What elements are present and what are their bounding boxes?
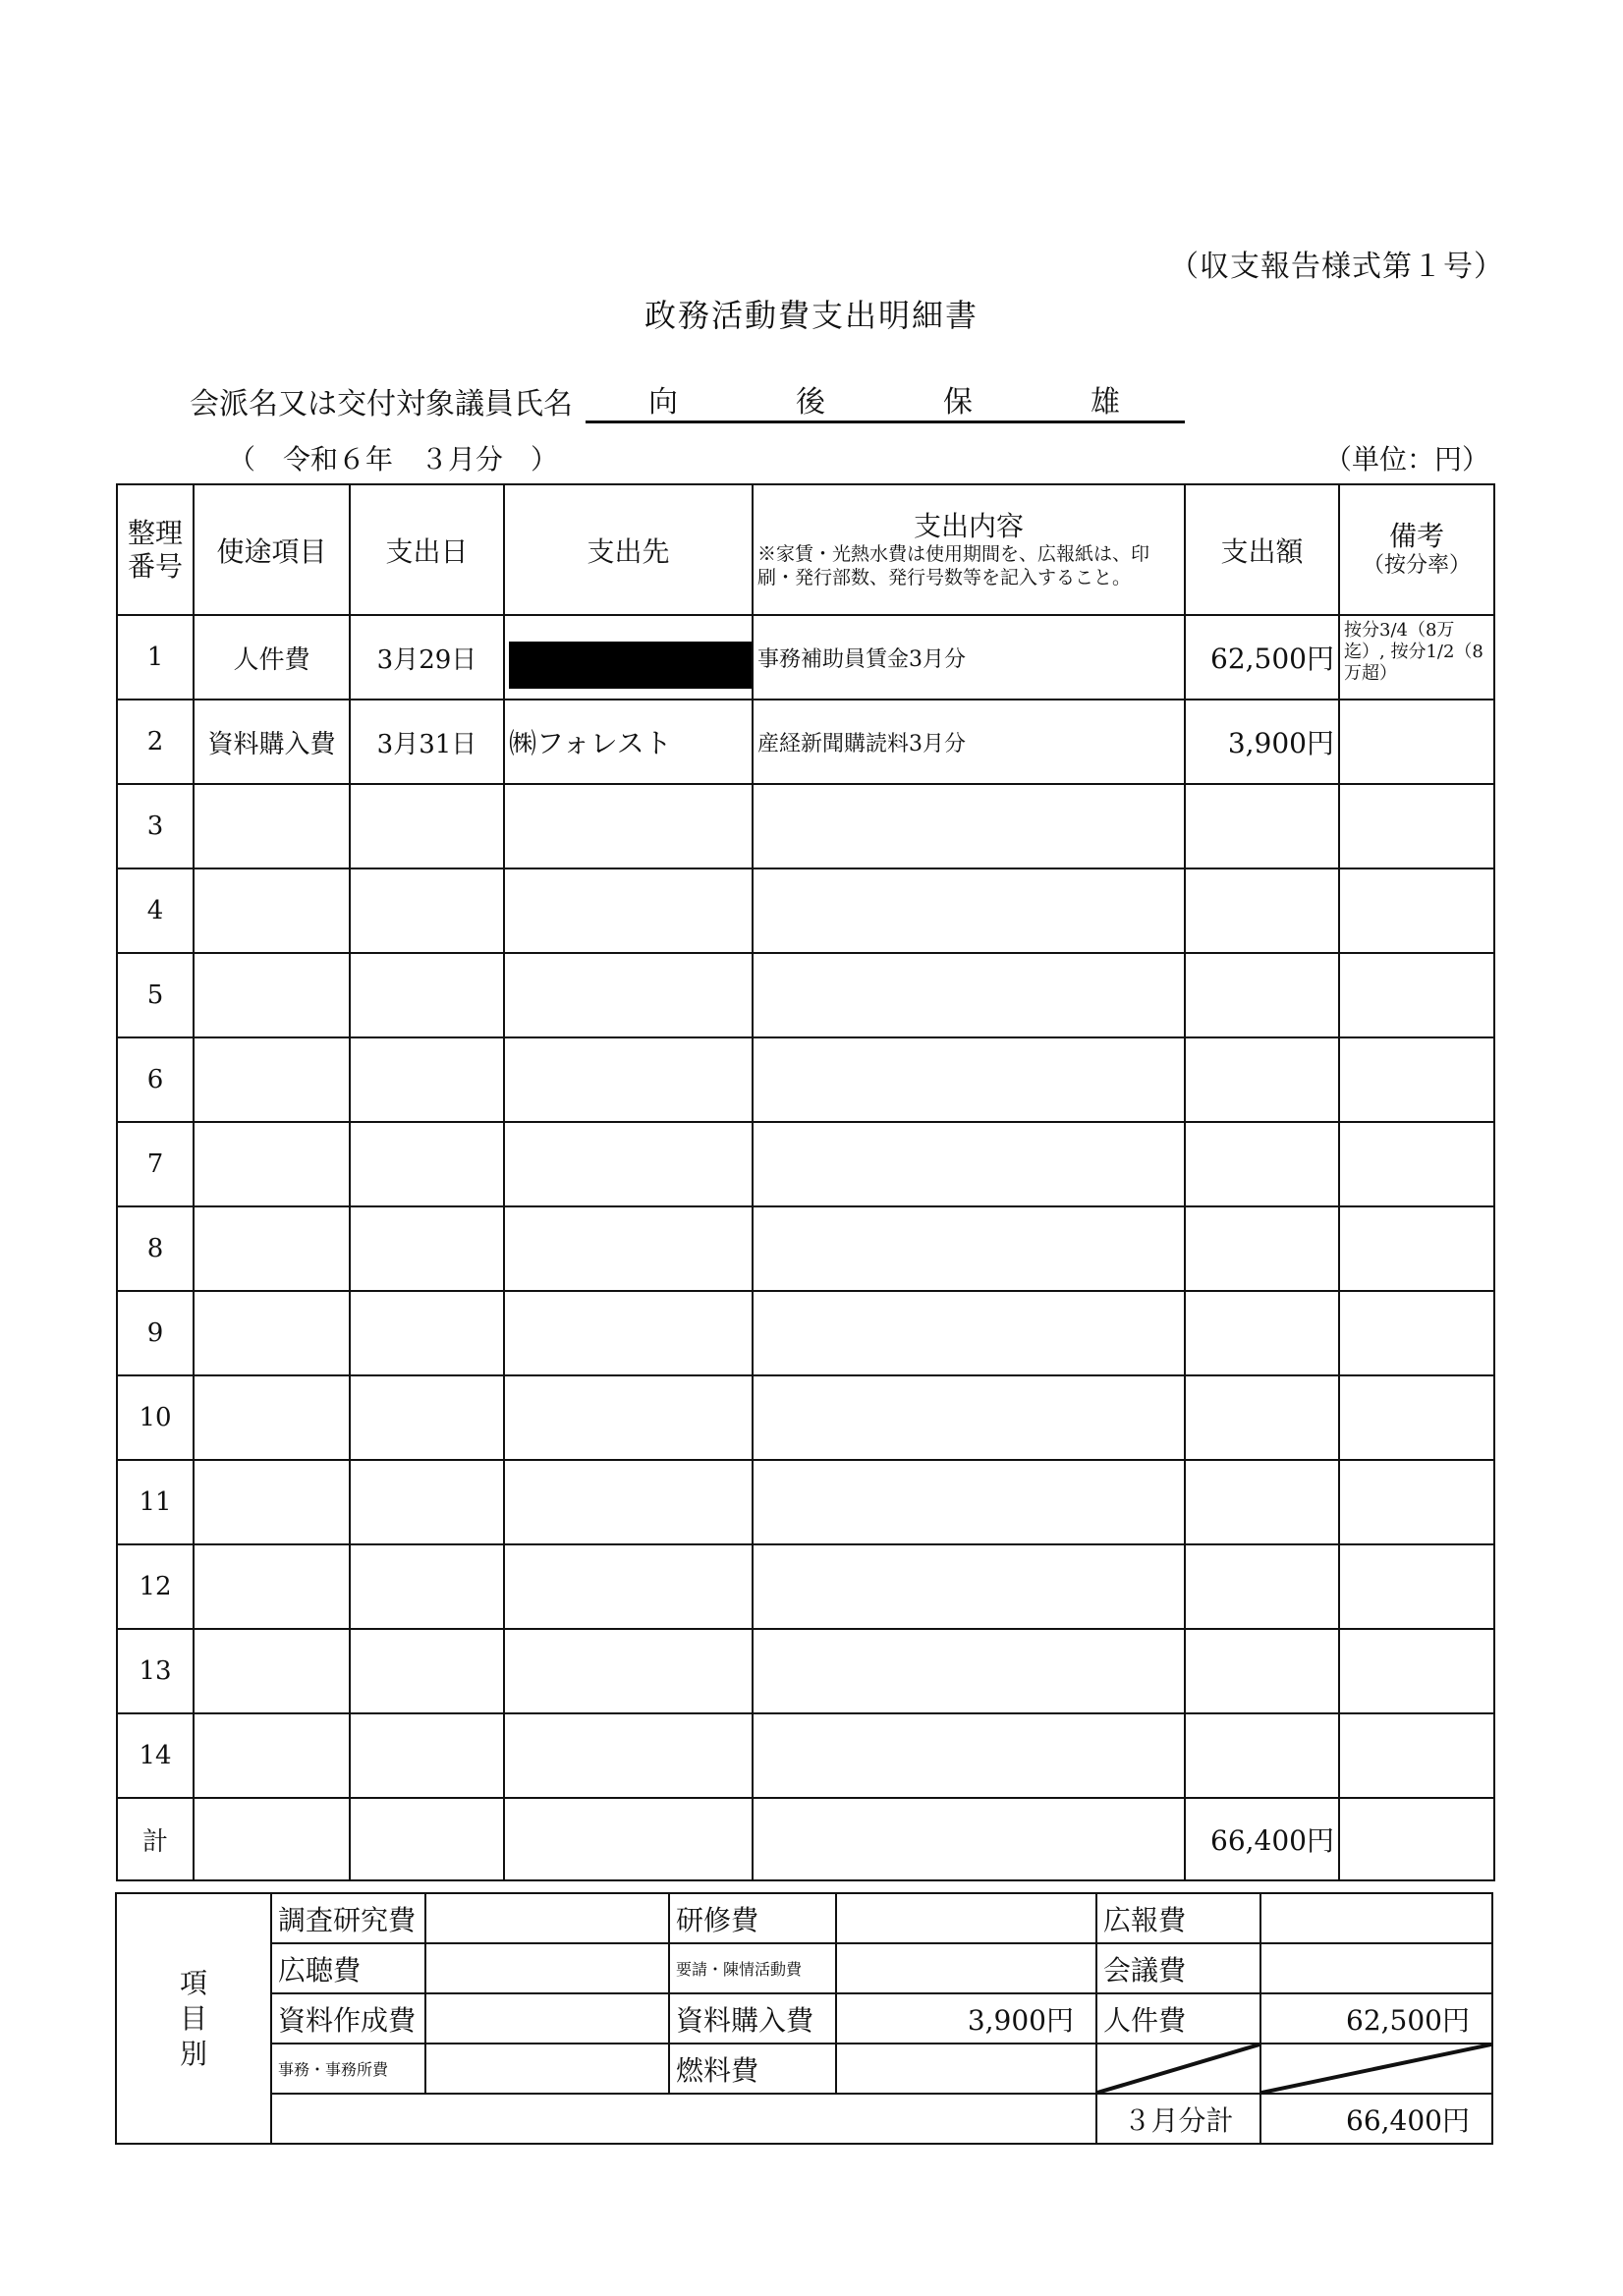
- category-value: [425, 1943, 669, 1993]
- row-content: [753, 1713, 1185, 1798]
- category-label: 会議費: [1096, 1943, 1260, 1993]
- table-row: 1人件費3月29日事務補助員賃金3月分62,500円按分3/4（8万迄）, 按分…: [117, 615, 1494, 700]
- month-total-value: 66,400円: [1260, 2094, 1492, 2144]
- diagonal-line: [1097, 2044, 1259, 2093]
- category-value: 62,500円: [1260, 1993, 1492, 2044]
- row-payee: [504, 1206, 753, 1291]
- side-label-char: 項: [117, 1966, 270, 2001]
- category-value: [425, 1893, 669, 1943]
- total-empty: [194, 1798, 350, 1880]
- row-content: [753, 1460, 1185, 1544]
- row-note: [1339, 868, 1494, 953]
- row-purpose: [194, 1629, 350, 1713]
- total-empty: [504, 1798, 753, 1880]
- row-payee: [504, 1037, 753, 1122]
- row-purpose: [194, 1713, 350, 1798]
- category-summary-table: 項目別調査研究費研修費広報費広聴費要請・陳情活動費会議費資料作成費資料購入費3,…: [115, 1892, 1493, 2145]
- row-content: [753, 1629, 1185, 1713]
- row-purpose: [194, 784, 350, 868]
- row-content: [753, 1122, 1185, 1206]
- row-date: [350, 1544, 504, 1629]
- category-label: 資料作成費: [271, 1993, 425, 2044]
- table-row: 4: [117, 868, 1494, 953]
- row-number: 14: [117, 1713, 194, 1798]
- header-content-note: ※家賃・光熱水費は使用期間を、広報紙は、印刷・発行部数、発行号数等を記入すること…: [754, 542, 1184, 589]
- row-number: 12: [117, 1544, 194, 1629]
- row-date: 3月29日: [350, 615, 504, 700]
- category-value: [836, 1893, 1096, 1943]
- row-payee: [504, 1629, 753, 1713]
- row-amount: [1185, 953, 1339, 1037]
- row-number: 3: [117, 784, 194, 868]
- row-purpose: [194, 868, 350, 953]
- category-value: 3,900円: [836, 1993, 1096, 2044]
- category-label: 資料購入費: [669, 1993, 836, 2044]
- total-empty: [1339, 1798, 1494, 1880]
- row-amount: [1185, 1460, 1339, 1544]
- member-name-char: 後: [796, 377, 825, 420]
- row-payee: [504, 1460, 753, 1544]
- table-row: 7: [117, 1122, 1494, 1206]
- row-amount: [1185, 1375, 1339, 1460]
- header-note-title: 備考: [1340, 521, 1493, 552]
- row-date: [350, 1037, 504, 1122]
- row-date: [350, 1291, 504, 1375]
- row-note: [1339, 1713, 1494, 1798]
- row-note: [1339, 1460, 1494, 1544]
- row-amount: [1185, 1122, 1339, 1206]
- row-content: [753, 1375, 1185, 1460]
- row-payee: [504, 784, 753, 868]
- category-label: 広報費: [1096, 1893, 1260, 1943]
- row-purpose: [194, 1206, 350, 1291]
- summary-row: 項目別調査研究費研修費広報費: [116, 1893, 1492, 1943]
- row-note: [1339, 1206, 1494, 1291]
- row-purpose: [194, 1544, 350, 1629]
- row-note: [1339, 1122, 1494, 1206]
- name-underline: [586, 420, 1185, 423]
- row-payee: [504, 1122, 753, 1206]
- member-name-label: 会派名又は交付対象議員氏名: [190, 379, 573, 422]
- row-amount: [1185, 1037, 1339, 1122]
- total-label: 計: [117, 1798, 194, 1880]
- table-row: 5: [117, 953, 1494, 1037]
- header-note: 備考 （按分率）: [1339, 484, 1494, 615]
- header-number: 整理番号: [117, 484, 194, 615]
- row-amount: [1185, 1544, 1339, 1629]
- row-note: 按分3/4（8万迄）, 按分1/2（8万超）: [1339, 615, 1494, 700]
- row-date: [350, 1206, 504, 1291]
- header-note-sub: （按分率）: [1340, 552, 1493, 580]
- row-note: [1339, 953, 1494, 1037]
- total-empty: [350, 1798, 504, 1880]
- member-name: 向 後 保 雄: [589, 377, 1179, 420]
- header-purpose: 使途項目: [194, 484, 350, 615]
- side-label-char: 目: [117, 2001, 270, 2037]
- row-payee: [504, 1375, 753, 1460]
- header-payee: 支出先: [504, 484, 753, 615]
- category-label: 事務・事務所費: [271, 2044, 425, 2094]
- row-amount: [1185, 1629, 1339, 1713]
- table-row: 8: [117, 1206, 1494, 1291]
- header-amount: 支出額: [1185, 484, 1339, 615]
- member-name-char: 向: [648, 377, 678, 420]
- table-header-row: 整理番号 使途項目 支出日 支出先 支出内容 ※家賃・光熱水費は使用期間を、広報…: [117, 484, 1494, 615]
- row-content: [753, 1291, 1185, 1375]
- member-name-char: 雄: [1091, 377, 1120, 420]
- table-row: 10: [117, 1375, 1494, 1460]
- row-payee: [504, 868, 753, 953]
- category-label: 人件費: [1096, 1993, 1260, 2044]
- row-number: 9: [117, 1291, 194, 1375]
- row-number: 2: [117, 700, 194, 784]
- row-number: 11: [117, 1460, 194, 1544]
- row-amount: [1185, 784, 1339, 868]
- row-amount: 3,900円: [1185, 700, 1339, 784]
- row-date: [350, 1122, 504, 1206]
- row-amount: [1185, 1206, 1339, 1291]
- row-content: [753, 868, 1185, 953]
- category-value: [1260, 1943, 1492, 1993]
- row-amount: [1185, 1291, 1339, 1375]
- row-payee: [504, 615, 753, 700]
- form-number: （収支報告様式第１号）: [1169, 242, 1504, 285]
- row-number: 4: [117, 868, 194, 953]
- row-purpose: [194, 1460, 350, 1544]
- category-value: [836, 1943, 1096, 1993]
- summary-blank: [271, 2094, 1096, 2144]
- table-row: 9: [117, 1291, 1494, 1375]
- summary-row: 事務・事務所費燃料費: [116, 2044, 1492, 2094]
- row-content: [753, 953, 1185, 1037]
- row-note: [1339, 700, 1494, 784]
- currency-unit: （単位：円）: [1324, 438, 1489, 477]
- row-purpose: [194, 1291, 350, 1375]
- row-amount: [1185, 868, 1339, 953]
- row-date: [350, 1629, 504, 1713]
- row-payee: [504, 1713, 753, 1798]
- row-content: [753, 1544, 1185, 1629]
- row-number: 8: [117, 1206, 194, 1291]
- member-name-char: 保: [943, 377, 973, 420]
- summary-row: 広聴費要請・陳情活動費会議費: [116, 1943, 1492, 1993]
- category-label: 燃料費: [669, 2044, 836, 2094]
- category-label: 研修費: [669, 1893, 836, 1943]
- row-purpose: 資料購入費: [194, 700, 350, 784]
- row-note: [1339, 1037, 1494, 1122]
- row-content: [753, 1037, 1185, 1122]
- document-title: 政務活動費支出明細書: [0, 291, 1623, 336]
- row-payee: [504, 953, 753, 1037]
- header-date: 支出日: [350, 484, 504, 615]
- row-number: 13: [117, 1629, 194, 1713]
- row-payee: [504, 1544, 753, 1629]
- row-amount: [1185, 1713, 1339, 1798]
- diagonal-blank-cell: [1260, 2044, 1492, 2094]
- summary-total-row: ３月分計66,400円: [116, 2094, 1492, 2144]
- row-note: [1339, 1629, 1494, 1713]
- row-number: 10: [117, 1375, 194, 1460]
- row-number: 1: [117, 615, 194, 700]
- row-purpose: [194, 1122, 350, 1206]
- category-value: [425, 2044, 669, 2094]
- row-date: [350, 784, 504, 868]
- category-side-label: 項目別: [116, 1893, 271, 2144]
- table-row: 12: [117, 1544, 1494, 1629]
- report-period: （ 令和６年 ３月分 ）: [228, 438, 558, 477]
- category-value: [836, 2044, 1096, 2094]
- row-note: [1339, 784, 1494, 868]
- category-value: [425, 1993, 669, 2044]
- row-number: 7: [117, 1122, 194, 1206]
- category-label: 広聴費: [271, 1943, 425, 1993]
- total-empty: [753, 1798, 1185, 1880]
- total-amount: 66,400円: [1185, 1798, 1339, 1880]
- row-date: [350, 1460, 504, 1544]
- row-number: 5: [117, 953, 194, 1037]
- row-payee: [504, 1291, 753, 1375]
- redaction-bar: [509, 642, 753, 689]
- row-date: [350, 1375, 504, 1460]
- table-row: 2資料購入費3月31日㈱フォレスト産経新聞購読料3月分3,900円: [117, 700, 1494, 784]
- row-date: [350, 953, 504, 1037]
- row-purpose: 人件費: [194, 615, 350, 700]
- row-date: 3月31日: [350, 700, 504, 784]
- expenditure-table: 整理番号 使途項目 支出日 支出先 支出内容 ※家賃・光熱水費は使用期間を、広報…: [116, 483, 1495, 1881]
- table-row: 14: [117, 1713, 1494, 1798]
- table-row: 11: [117, 1460, 1494, 1544]
- row-purpose: [194, 953, 350, 1037]
- row-date: [350, 1713, 504, 1798]
- category-label: 調査研究費: [271, 1893, 425, 1943]
- row-content: 事務補助員賃金3月分: [753, 615, 1185, 700]
- side-label-char: 別: [117, 2037, 270, 2072]
- category-value: [1260, 1893, 1492, 1943]
- row-note: [1339, 1544, 1494, 1629]
- header-content-title: 支出内容: [754, 511, 1184, 542]
- row-note: [1339, 1291, 1494, 1375]
- row-payee: ㈱フォレスト: [504, 700, 753, 784]
- total-row: 計66,400円: [117, 1798, 1494, 1880]
- table-row: 6: [117, 1037, 1494, 1122]
- row-content: [753, 784, 1185, 868]
- row-purpose: [194, 1375, 350, 1460]
- table-row: 13: [117, 1629, 1494, 1713]
- row-date: [350, 868, 504, 953]
- row-note: [1339, 1375, 1494, 1460]
- diagonal-blank-cell: [1096, 2044, 1260, 2094]
- category-label: 要請・陳情活動費: [669, 1943, 836, 1993]
- row-content: 産経新聞購読料3月分: [753, 700, 1185, 784]
- month-total-label: ３月分計: [1096, 2094, 1260, 2144]
- diagonal-line: [1261, 2044, 1491, 2093]
- row-purpose: [194, 1037, 350, 1122]
- header-content: 支出内容 ※家賃・光熱水費は使用期間を、広報紙は、印刷・発行部数、発行号数等を記…: [753, 484, 1185, 615]
- summary-row: 資料作成費資料購入費3,900円人件費62,500円: [116, 1993, 1492, 2044]
- row-number: 6: [117, 1037, 194, 1122]
- row-content: [753, 1206, 1185, 1291]
- row-amount: 62,500円: [1185, 615, 1339, 700]
- table-row: 3: [117, 784, 1494, 868]
